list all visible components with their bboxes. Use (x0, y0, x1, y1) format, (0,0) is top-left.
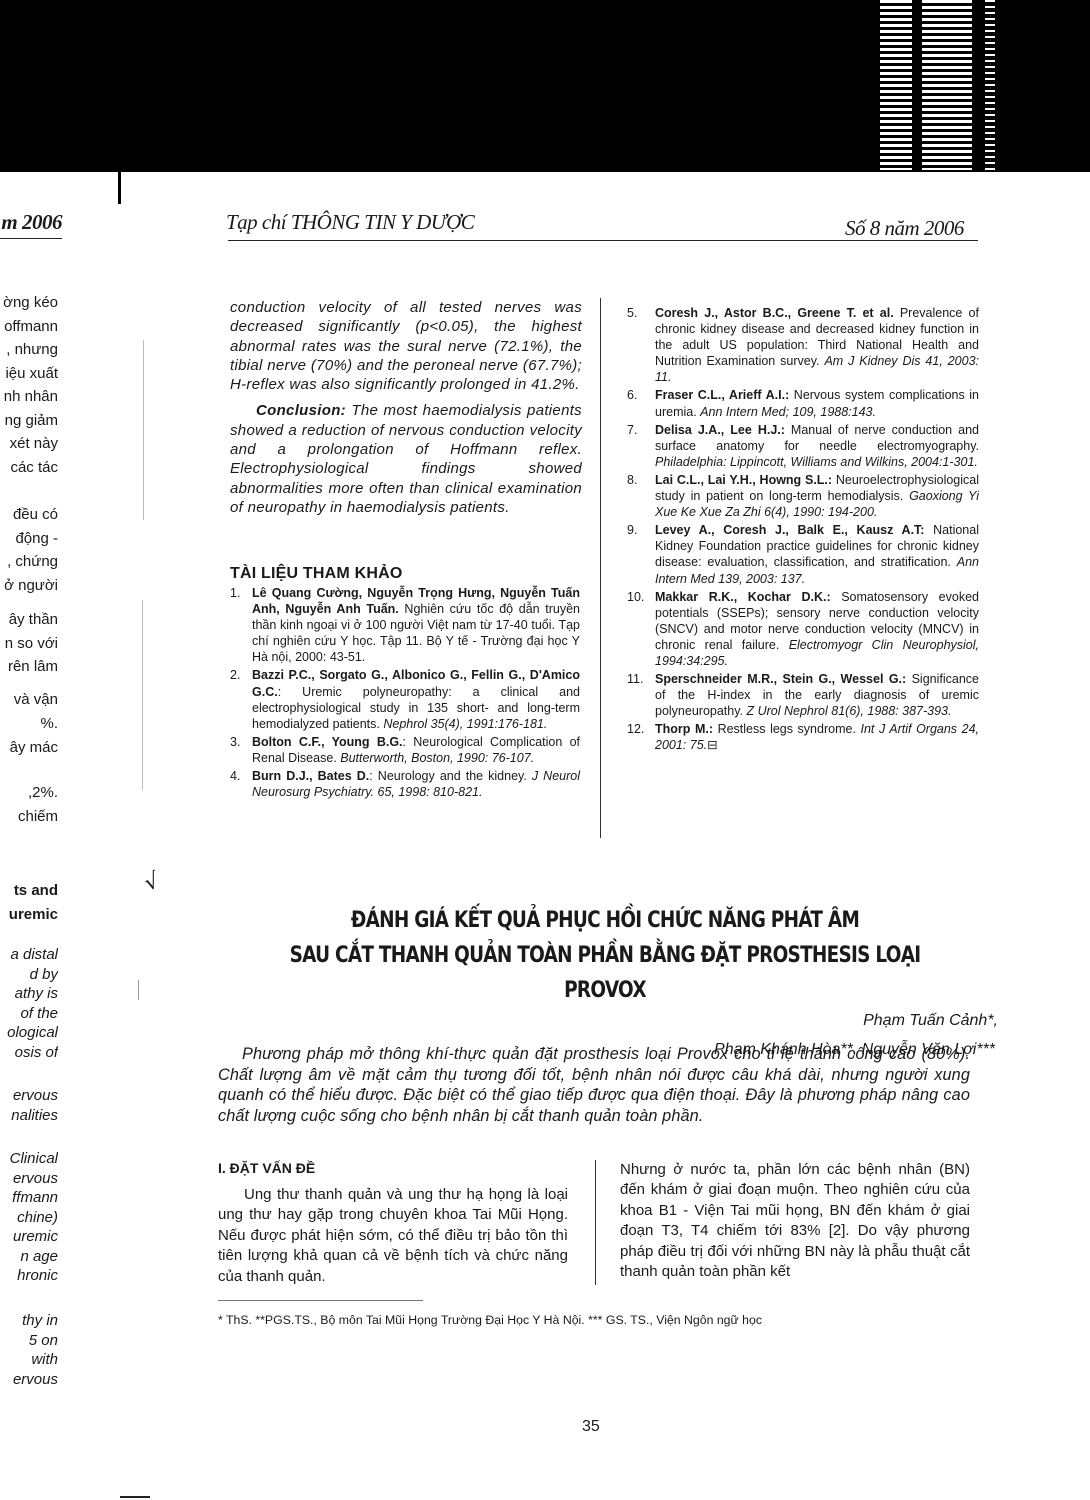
reference-authors: Bolton C.F., Young B.G. (252, 735, 403, 749)
reference-item: 4.Burn D.J., Bates D.: Neurology and the… (230, 768, 580, 800)
fragment-line: , chứng (0, 550, 58, 574)
reference-authors: Makkar R.K., Kochar D.K.: (655, 590, 831, 604)
reference-authors: Coresh J., Astor B.C., Greene T. et al. (655, 306, 894, 320)
author-affiliations-footnote: * ThS. **PGS.TS., Bộ môn Tai Mũi Họng Tr… (218, 1313, 762, 1327)
reference-item: 2.Bazzi P.C., Sorgato G., Albonico G., F… (230, 667, 580, 731)
reference-item: 12.Thorp M.: Restless legs syndrome. Int… (627, 721, 979, 753)
fragment-line: động - (0, 527, 58, 551)
fragment-line: a distal (0, 945, 58, 965)
reference-number: 5. (627, 305, 637, 321)
fragment-line: ervous (0, 1169, 58, 1189)
reference-item: 5.Coresh J., Astor B.C., Greene T. et al… (627, 305, 979, 385)
barcode-strip (985, 0, 995, 170)
fragment-line: ờng kéo (0, 291, 58, 315)
fragment-line: osis of (0, 1043, 58, 1063)
reference-authors: Lai C.L., Lai Y.H., Howng S.L.: (655, 473, 832, 487)
reference-authors: Levey A., Coresh J., Balk E., Kausz A.T: (655, 523, 924, 537)
reference-item: 11.Sperschneider M.R., Stein G., Wessel … (627, 671, 979, 719)
abstract-conclusion: Conclusion: The most haemodialysis patie… (230, 401, 582, 517)
reference-source: Ann Intern Med; 109, 1988:143. (700, 405, 876, 419)
left-fragment-block-10: Clinical ervous ffmann chine) uremic n a… (0, 1149, 58, 1286)
journal-title: Tạp chí THÔNG TIN Y DƯỢC (226, 210, 474, 235)
reference-number: 8. (627, 472, 637, 488)
fragment-line: chine) (0, 1208, 58, 1228)
reference-source: Z Urol Nephrol 81(6), 1988: 387-393. (747, 704, 952, 718)
column-divider (600, 298, 601, 838)
fragment-line: ological (0, 1023, 58, 1043)
fragment-line: ffmann (0, 1188, 58, 1208)
reference-number: 2. (230, 667, 240, 683)
page-spine-mark (118, 168, 121, 204)
reference-source: Butterworth, Boston, 1990: 76-107. (340, 751, 534, 765)
column-divider (138, 980, 139, 1000)
abstract-results: conduction velocity of all tested nerves… (230, 298, 582, 394)
left-fragment-block-2: đều có động - , chứng ở người (0, 503, 58, 597)
conclusion-label: Conclusion: (256, 402, 346, 419)
section-body-left: Ung thư thanh quản và ung thư hạ họng là… (218, 1185, 568, 1287)
header-left-fragment: m 2006 (0, 210, 62, 235)
fragment-line: of the (0, 1004, 58, 1024)
end-of-article-icon: ⊟ (707, 738, 717, 752)
reference-number: 1. (230, 585, 240, 601)
reference-item: 3.Bolton C.F., Young B.G.: Neurological … (230, 734, 580, 766)
fragment-line: đều có (0, 503, 58, 527)
left-fragment-block-4: và vận %. (0, 688, 58, 735)
fragment-line: ervous (0, 1370, 58, 1390)
page-number: 35 (582, 1418, 600, 1436)
fragment-line: , nhưng (0, 338, 58, 362)
handwritten-check-mark: √ (141, 868, 163, 896)
fragment-line: d by (0, 965, 58, 985)
reference-item: 8.Lai C.L., Lai Y.H., Howng S.L.: Neuroe… (627, 472, 979, 520)
footnote-rule (218, 1300, 423, 1301)
author-line-1: Phạm Tuấn Cảnh*, (863, 1012, 998, 1030)
barcode-strip (922, 0, 972, 170)
left-fragment-block-3: ây thần n so với rên lâm (0, 608, 58, 679)
fragment-line: 5 on (0, 1331, 58, 1351)
barcode-strip (880, 0, 912, 170)
fragment-line: rên lâm (0, 655, 58, 679)
fragment-line: uremic (0, 1227, 58, 1247)
fragment-line: nalities (0, 1106, 58, 1126)
column-divider (595, 1160, 596, 1285)
fragment-line: athy is (0, 984, 58, 1004)
left-fragment-block-9: ervous nalities (0, 1086, 58, 1125)
references-list-left: 1.Lê Quang Cường, Nguyễn Trọng Hưng, Ngu… (230, 585, 580, 802)
references-list-right: 5.Coresh J., Astor B.C., Greene T. et al… (627, 305, 979, 756)
fragment-line: nh nhân (0, 385, 58, 409)
left-fragment-block-7: ts and uremic (0, 879, 58, 926)
left-fragment-block-6: ,2%. chiếm (0, 781, 58, 828)
fragment-line: hronic (0, 1266, 58, 1286)
reference-item: 1.Lê Quang Cường, Nguyễn Trọng Hưng, Ngu… (230, 585, 580, 665)
reference-number: 9. (627, 522, 637, 538)
column-divider (143, 340, 144, 520)
section-heading: I. ĐẶT VẤN ĐỀ (218, 1160, 315, 1176)
fragment-line: with (0, 1350, 58, 1370)
fragment-line: ây mác (0, 736, 58, 760)
references-heading: TÀI LIỆU THAM KHẢO (230, 565, 402, 583)
header-rule-left (0, 238, 62, 239)
reference-authors: Burn D.J., Bates D. (252, 769, 369, 783)
article-title-line-2: SAU CẮT THANH QUẢN TOÀN PHẦN BẰNG ĐẶT PR… (289, 938, 920, 1008)
reference-number: 6. (627, 387, 637, 403)
fragment-line: xét này (0, 432, 58, 456)
page-edge-mark (120, 1496, 150, 1498)
fragment-line: ở người (0, 574, 58, 598)
reference-number: 4. (230, 768, 240, 784)
fragment-line: ervous (0, 1086, 58, 1106)
reference-authors: Delisa J.A., Lee H.J.: (655, 423, 785, 437)
fragment-line: chiếm (0, 805, 58, 829)
vietnamese-abstract: Phương pháp mở thông khí-thực quản đặt p… (218, 1044, 970, 1126)
reference-authors: Fraser C.L., Arieff A.I.: (655, 388, 789, 402)
reference-source: Philadelphia: Lippincott, Williams and W… (655, 455, 978, 469)
fragment-line: ng giảm (0, 409, 58, 433)
fragment-line: offmann (0, 315, 58, 339)
fragment-line: ây thần (0, 608, 58, 632)
reference-authors: Thorp M.: (655, 722, 713, 736)
reference-number: 10. (627, 589, 644, 605)
reference-item: 9.Levey A., Coresh J., Balk E., Kausz A.… (627, 522, 979, 586)
reference-item: 10.Makkar R.K., Kochar D.K.: Somatosenso… (627, 589, 979, 669)
reference-number: 7. (627, 422, 637, 438)
reference-source: Nephrol 35(4), 1991:176-181. (383, 717, 547, 731)
left-fragment-block-11: thy in 5 on with ervous (0, 1311, 58, 1389)
fragment-line: ts and (0, 879, 58, 903)
reference-number: 11. (627, 671, 643, 687)
article-title-line-1: ĐÁNH GIÁ KẾT QUẢ PHỤC HỒI CHỨC NĂNG PHÁT… (289, 903, 920, 938)
fragment-line: %. (0, 712, 58, 736)
fragment-line: uremic (0, 903, 58, 927)
reference-number: 3. (230, 734, 240, 750)
section-body-right: Nhưng ở nước ta, phần lớn các bệnh nhân … (620, 1160, 970, 1282)
issue-label: Số 8 năm 2006 (845, 216, 964, 241)
left-fragment-block-1: ờng kéo offmann , nhưng iệu xuất nh nhân… (0, 291, 58, 479)
column-divider (142, 600, 143, 790)
left-fragment-block-8: a distal d by athy is of the ological os… (0, 945, 58, 1062)
fragment-line: thy in (0, 1311, 58, 1331)
article-title: ĐÁNH GIÁ KẾT QUẢ PHỤC HỒI CHỨC NĂNG PHÁT… (289, 903, 920, 1008)
reference-item: 6.Fraser C.L., Arieff A.I.: Nervous syst… (627, 387, 979, 419)
conclusion-text: The most haemodialysis patients showed a… (230, 402, 582, 515)
fragment-line: các tác (0, 456, 58, 480)
english-abstract: conduction velocity of all tested nerves… (230, 298, 582, 524)
fragment-line: Clinical (0, 1149, 58, 1169)
fragment-line: iệu xuất (0, 362, 58, 386)
fragment-line: và vận (0, 688, 58, 712)
reference-text: : Neurology and the kidney. (369, 769, 532, 783)
fragment-line: ,2%. (0, 781, 58, 805)
reference-authors: Sperschneider M.R., Stein G., Wessel G.: (655, 672, 906, 686)
left-fragment-block-5: ây mác (0, 736, 58, 760)
reference-number: 12. (627, 721, 644, 737)
fragment-line: n age (0, 1247, 58, 1267)
reference-item: 7.Delisa J.A., Lee H.J.: Manual of nerve… (627, 422, 979, 470)
fragment-line: n so với (0, 632, 58, 656)
header-rule (228, 240, 978, 241)
reference-text: Restless legs syndrome. (713, 722, 860, 736)
